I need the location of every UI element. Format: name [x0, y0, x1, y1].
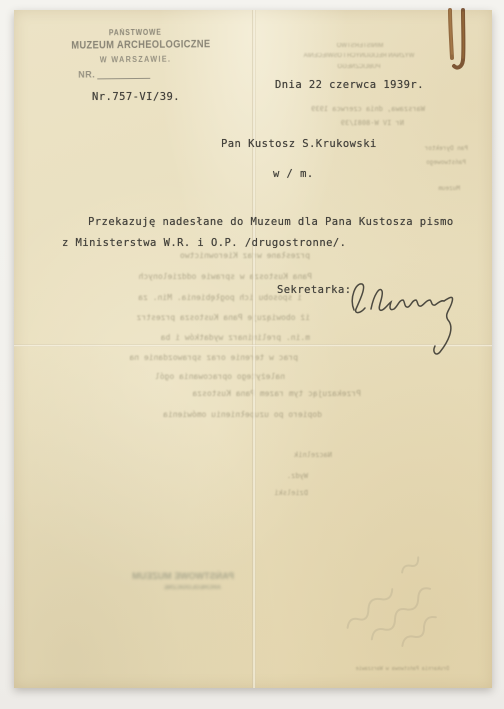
bleedthrough-line: dopiero po uzupełnieniu omówienia [140, 410, 322, 419]
bleedthrough-line: PUBLICZNEGO [330, 64, 388, 70]
bleedthrough-line: WYZNAŃ RELIGIJNYCH I OŚWIECENIA [295, 53, 423, 59]
bleedthrough-line: Pan Dyrektor [408, 145, 468, 152]
signature-label: Sekretarka: [277, 284, 352, 296]
date-line: Dnia 22 czerwca 1939r. [275, 79, 424, 91]
bleedthrough-line: Państwowego [400, 159, 466, 166]
bleedthrough-line: Przekazując tym razem Pana Kustosza [165, 389, 361, 398]
letter-paper: MINISTERSTWOWYZNAŃ RELIGIJNYCH I OŚWIECE… [14, 10, 492, 688]
bleedthrough-line: MINISTERSTWO [318, 43, 402, 49]
bleedthrough-line: Muzeum [420, 185, 460, 192]
body-line-2: z Ministerstwa W.R. i O.P. /drugostronne… [62, 237, 346, 249]
bleedthrough-line: należytego opracowania ogól [45, 372, 285, 381]
bleedthrough-handwriting [330, 545, 490, 670]
scanned-letter-page: { "colors":{ "paper":"#e9dfbe","backgrou… [0, 0, 504, 709]
museum-stamp: PAŃSTWOWE MUZEUM ARCHEOLOGICZNE W WARSZA… [78, 27, 194, 79]
bleedthrough-line: Nr IV W-8081/39 [300, 119, 404, 127]
bleedthrough-line: PAŃSTWOWE MUZEUM [112, 571, 234, 581]
bleedthrough-line: m.in. preliminarz wydatków i ba [38, 333, 310, 342]
bleedthrough-line: Naczelnik [278, 451, 332, 459]
stamp-nr-blank-line [97, 70, 150, 80]
bleedthrough-line: iż obowiązuje Pana Kustosza przestrz [55, 313, 310, 322]
bleedthrough-line: Warszawa, dnia czerwca 1939 [285, 105, 425, 113]
reference-number: Nr.757-VI/39. [92, 91, 180, 103]
recipient-location: w / m. [273, 168, 314, 180]
bleedthrough-line: Wydz. [266, 472, 308, 480]
stamp-line-warszawa: W WARSZAWIE. [84, 54, 188, 64]
bleedthrough-line: i sposobu ich pogłębienia. Min. za [40, 293, 302, 302]
vertical-fold-crease [252, 10, 256, 688]
stamp-line-panstwowe: PAŃSTWOWE [86, 27, 184, 37]
stamp-line-muzeum: MUZEUM ARCHEOLOGICZNE [71, 38, 199, 51]
bleedthrough-line: przesłane wraz Kierownictwo [60, 251, 310, 260]
bleedthrough-line: prac w terenie oraz sprawozdanie na [38, 353, 298, 362]
recipient-name: Pan Kustosz S.Krukowski [221, 138, 377, 150]
stamp-nr-label: NR. [78, 69, 95, 79]
bleedthrough-line: Pana Kustosza w sprawie oddzielonych [40, 272, 312, 281]
body-line-1: Przekazuję nadesłane do Muzeum dla Pana … [88, 216, 454, 228]
bleedthrough-line: Dzielski [262, 489, 308, 497]
handwritten-signature [344, 276, 469, 362]
stamp-line-nr: NR. [78, 68, 193, 79]
bleedthrough-line: ARCHEOLOGICZNE [125, 585, 221, 591]
rust-marks [430, 10, 490, 85]
